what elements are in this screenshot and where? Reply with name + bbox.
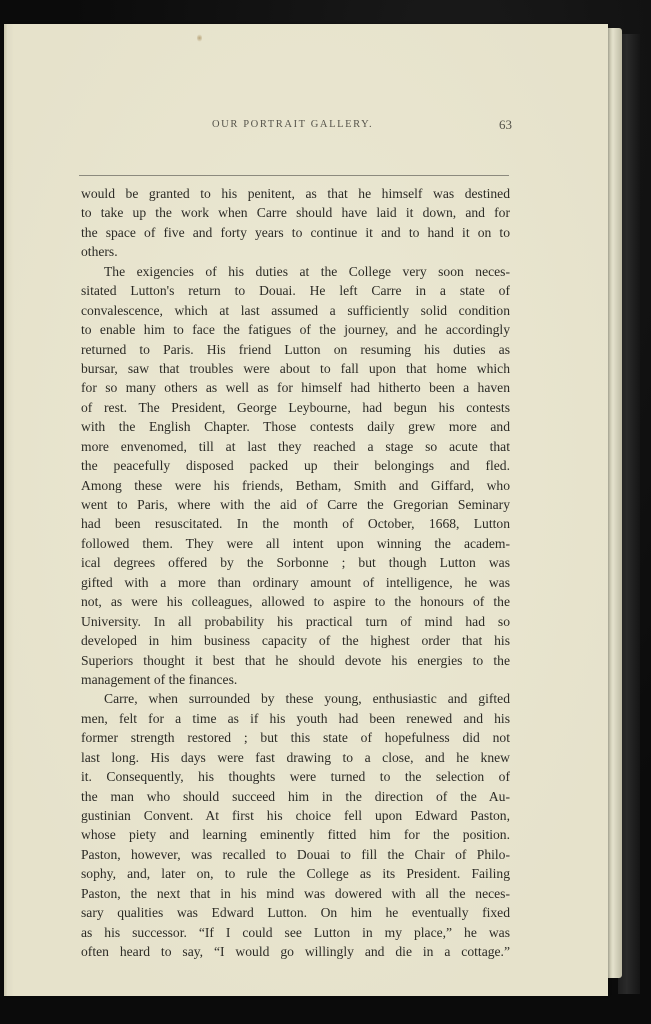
text-line: followed them. They were all intent upon… — [81, 534, 510, 553]
text-line: returned to Paris. His friend Lutton on … — [81, 340, 510, 359]
text-line: Carre, when surrounded by these young, e… — [81, 689, 510, 708]
gutter-shadow — [4, 24, 8, 996]
text-line: ical degrees offered by the Sorbonne ; b… — [81, 553, 510, 572]
text-line: management of the finances. — [81, 670, 510, 689]
text-line: convalescence, which at last assumed a s… — [81, 301, 510, 320]
text-line: sary qualities was Edward Lutton. On him… — [81, 903, 510, 922]
text-line: to take up the work when Carre should ha… — [81, 203, 510, 222]
text-line: often heard to say, “I would go willingl… — [81, 942, 510, 961]
header-rule — [79, 175, 509, 176]
text-line: would be granted to his penitent, as tha… — [81, 184, 510, 203]
text-line: gifted with a more than ordinary amount … — [81, 573, 510, 592]
body-text: would be granted to his penitent, as tha… — [81, 184, 510, 962]
text-line: developed in him business capacity of th… — [81, 631, 510, 650]
text-line: for so many others as well as for himsel… — [81, 378, 510, 397]
running-title: OUR PORTRAIT GALLERY. — [212, 119, 373, 130]
text-line: the space of five and forty years to con… — [81, 223, 510, 242]
text-line: more envenomed, till at last they reache… — [81, 437, 510, 456]
text-line: Paston, however, was recalled to Douai t… — [81, 845, 510, 864]
text-line: to enable him to face the fatigues of th… — [81, 320, 510, 339]
foxing-spot — [197, 34, 202, 42]
text-line: sophy, and, later on, to rule the Colleg… — [81, 864, 510, 883]
text-line: went to Paris, where with the aid of Car… — [81, 495, 510, 514]
text-line: Paston, the next that in his mind was do… — [81, 884, 510, 903]
text-line: The exigencies of his duties at the Coll… — [81, 262, 510, 281]
text-line: men, felt for a time as if his youth had… — [81, 709, 510, 728]
text-line: last long. His days were fast drawing to… — [81, 748, 510, 767]
text-line: former strength restored ; but this stat… — [81, 728, 510, 747]
page-number: 63 — [499, 117, 512, 133]
running-head: OUR PORTRAIT GALLERY. 63 — [78, 119, 512, 137]
text-line: of rest. The President, George Leybourne… — [81, 398, 510, 417]
text-line: as his successor. “If I could see Lutton… — [81, 923, 510, 942]
text-line: sitated Lutton's return to Douai. He lef… — [81, 281, 510, 300]
text-line: bursar, saw that troubles were about to … — [81, 359, 510, 378]
book-page: OUR PORTRAIT GALLERY. 63 would be grante… — [4, 24, 608, 996]
text-line: the peacefully disposed packed up their … — [81, 456, 510, 475]
text-line: not, as were his colleagues, allowed to … — [81, 592, 510, 611]
text-line: Superiors thought it best that he should… — [81, 651, 510, 670]
text-line: others. — [81, 242, 510, 261]
text-line: it. Consequently, his thoughts were turn… — [81, 767, 510, 786]
text-line: University. In all probability his pract… — [81, 612, 510, 631]
text-line: Among these were his friends, Betham, Sm… — [81, 476, 510, 495]
text-line: the man who should succeed him in the di… — [81, 787, 510, 806]
text-line: had been resuscitated. In the month of O… — [81, 514, 510, 533]
text-line: gustinian Convent. At first his choice f… — [81, 806, 510, 825]
text-line: whose piety and learning eminently fitte… — [81, 825, 510, 844]
text-line: with the English Chapter. Those contests… — [81, 417, 510, 436]
